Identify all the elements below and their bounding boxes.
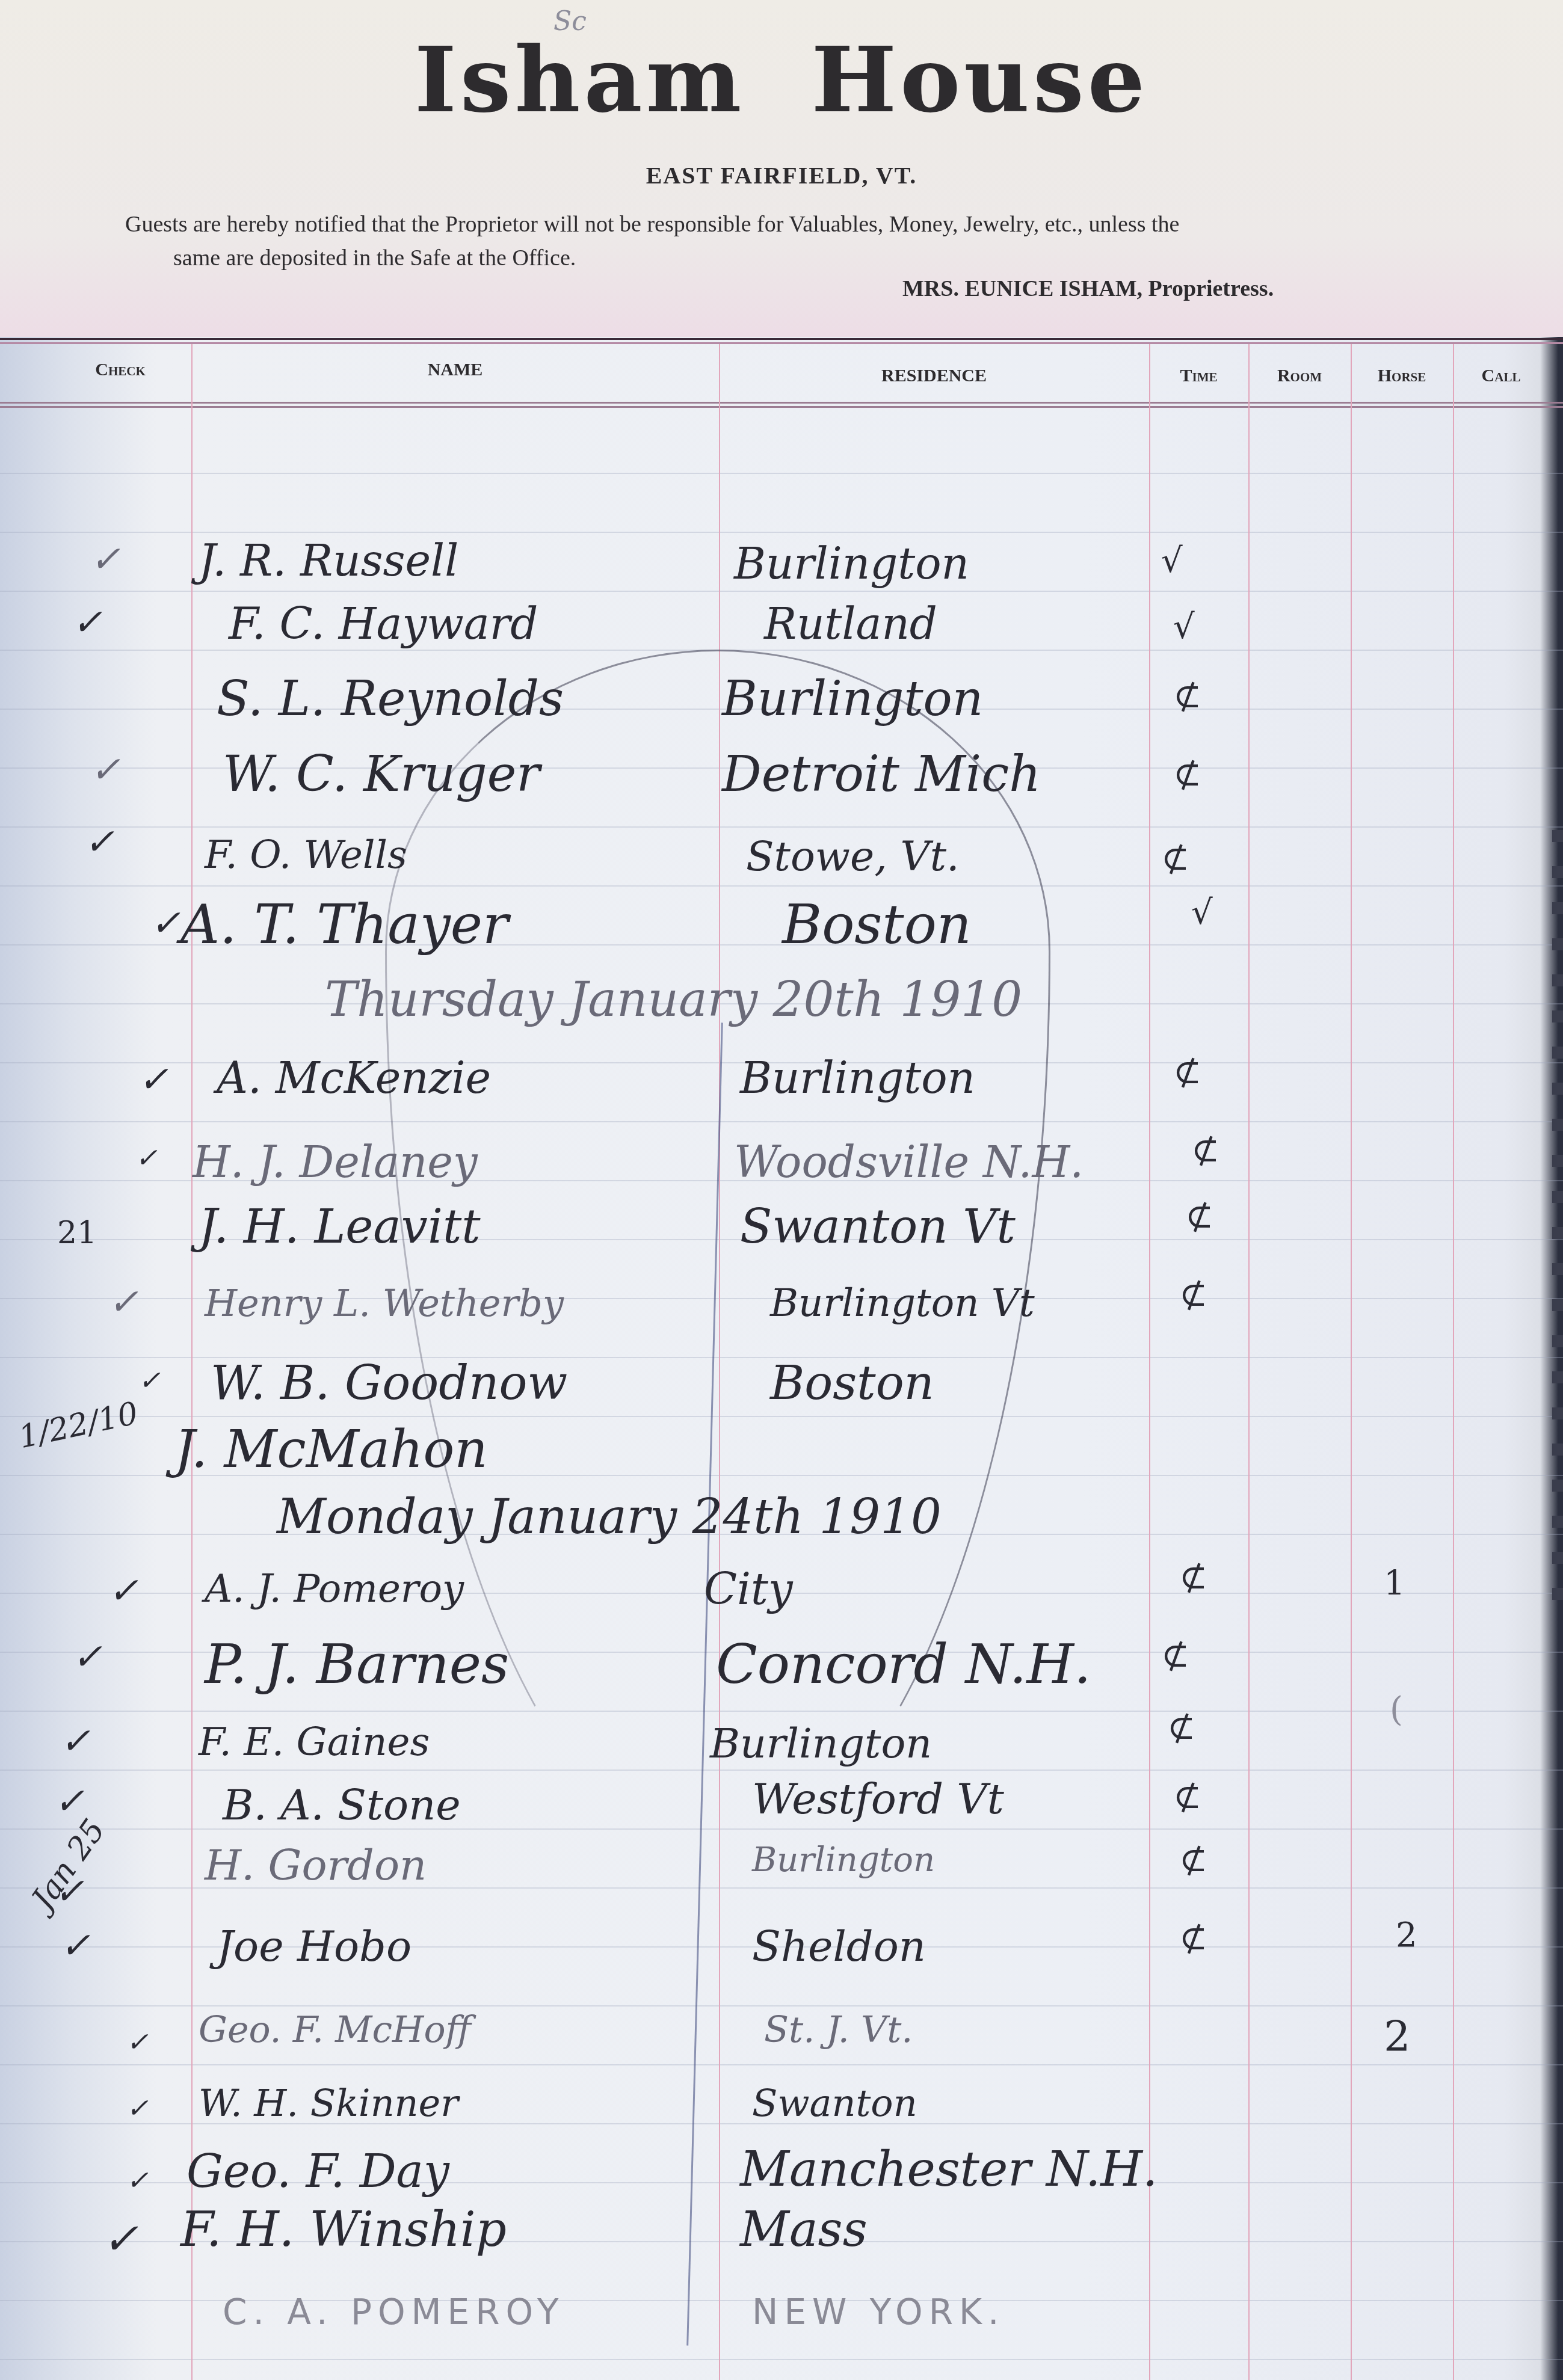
check-mark: ✓ [84,821,114,863]
guest-name: F. C. Hayward [229,598,538,649]
register-page: Sc IshamHouse EAST FAIRFIELD, VT. Guests… [0,0,1563,2380]
hotel-location: EAST FAIRFIELD, VT. [0,161,1563,189]
horse-number: 2 [1396,1916,1417,1955]
guest-residence: Manchester N.H. [740,2141,1158,2197]
check-mark: ✓ [138,1365,161,1396]
guest-name: W. H. Skinner [199,2081,458,2125]
check-mark: ✓ [90,749,120,791]
arrival-time: ⊄ [1161,839,1189,878]
check-mark: ✓ [90,538,120,580]
guest-name: A. McKenzie [217,1053,491,1103]
column-divider [1453,344,1454,2380]
guest-name: S. L. Reynolds [217,671,564,727]
guest-name: F. E. Gaines [199,1720,430,1765]
column-header-call: Call [1453,366,1549,386]
notice-line-1: Guests are hereby notified that the Prop… [125,212,1179,237]
guest-name: C. A. POMEROY [223,2292,564,2332]
check-mark: ✓ [126,2165,149,2196]
column-divider [1248,344,1250,2380]
guest-residence: Swanton [752,2081,917,2125]
guest-name: Geo. F. Day [187,2144,449,2198]
arrival-time: ⊄ [1167,1708,1195,1747]
date-divider: Monday January 24th 1910 [277,1489,942,1545]
room-number: 1 [1384,1564,1405,1603]
guest-name: J. R. Russell [199,535,458,586]
guest-residence: Westford Vt [752,1774,1004,1824]
guest-name: A. J. Pomeroy [205,1567,464,1611]
check-mark: ✓ [72,601,102,644]
arrival-time: ⊄ [1179,1558,1207,1597]
guest-residence: St. J. Vt. [764,2009,913,2051]
arrival-time: ⊄ [1161,1636,1189,1675]
check-mark: ✓ [60,1720,90,1762]
guest-residence: Burlington [734,538,969,589]
guest-residence: Boston [770,1356,934,1410]
check-mark: ✓ [138,1059,168,1101]
column-header-horse: Horse [1351,366,1453,386]
arrival-time: ⊄ [1179,1919,1207,1958]
guest-residence: Stowe, Vt. [746,833,960,881]
check-mark: ✓ [150,902,180,944]
guest-residence: Burlington [752,1840,935,1880]
arrival-time: ⊄ [1173,1053,1201,1092]
book-spine-edge [1552,830,1563,1612]
guest-name: W. C. Kruger [223,746,540,803]
header-rule-bottom [0,402,1563,408]
proprietress: MRS. EUNICE ISHAM, Proprietress. [902,275,1274,302]
guest-residence: Woodsville N.H. [734,1137,1084,1187]
check-mark: ✓ [60,1925,90,1967]
arrival-time: √ [1161,541,1183,580]
guest-residence: Sheldon [752,1922,926,1971]
guest-residence: Swanton Vt [740,1200,1016,1254]
guest-residence: NEW YORK. [752,2292,1005,2332]
notice-line-2: same are deposited in the Safe at the Of… [125,241,1449,275]
check-mark: ✓ [126,2027,149,2058]
date-divider: Thursday January 20th 1910 [325,971,1022,1027]
guest-name: F. O. Wells [205,833,407,878]
check-mark: ✓ [108,1281,138,1323]
guest-name: Geo. F. McHoff [199,2009,471,2051]
check-mark: ✓ [126,2093,149,2124]
guest-residence: Boston [782,893,972,956]
check-mark: ✓ [72,1636,102,1678]
arrival-time: ⊄ [1173,755,1201,794]
guest-residence: Detroit Mich [722,746,1041,803]
guest-name: Joe Hobo [217,1922,412,1971]
guest-name: Henry L. Wetherby [205,1281,564,1325]
arrival-time: ⊄ [1179,1840,1207,1880]
guest-name: B. A. Stone [223,1780,461,1830]
arrival-time: ⊄ [1173,1777,1201,1816]
guest-name: F. H. Winship [180,2201,507,2257]
column-divider [1149,344,1150,2380]
column-header-residence: RESIDENCE [719,366,1149,386]
arrival-time: √ [1173,607,1195,647]
guest-name: J. H. Leavitt [199,1200,481,1254]
guest-residence: City [704,1564,793,1614]
guest-name: P. J. Barnes [205,1633,509,1696]
margin-note: 21 [57,1215,97,1251]
column-header-check: Check [60,360,180,380]
column-divider [1351,344,1352,2380]
arrival-time: ⊄ [1173,677,1201,716]
hotel-name: IshamHouse [0,27,1563,133]
column-divider [191,344,193,2380]
guest-name: A. T. Thayer [180,893,508,956]
guest-name: J. McMahon [174,1419,488,1480]
header-rule-top [0,338,1563,344]
arrival-time: ⊄ [1179,1275,1207,1314]
arrival-time: ⊄ [1191,1131,1219,1170]
room-number: ( [1390,1690,1403,1729]
liability-notice: Guests are hereby notified that the Prop… [125,208,1449,275]
column-header-time: Time [1149,366,1248,386]
guest-residence: Burlington [722,671,983,727]
arrival-time: √ [1191,893,1213,932]
guest-name: H. J. Delaney [193,1137,478,1187]
column-header-room: Room [1248,366,1351,386]
column-header-name: NAME [191,360,719,380]
check-mark: ✓ [108,1570,138,1612]
horse-number: 2 [1384,2012,1411,2061]
guest-name: W. B. Goodnow [211,1356,567,1410]
guest-residence: Concord N.H. [716,1633,1091,1696]
check-mark: ✓ [102,2213,138,2264]
hotel-name-part1: Isham [415,27,745,133]
check-mark: ✓ [135,1143,158,1173]
guest-residence: Rutland [764,598,937,649]
letterhead: Sc IshamHouse EAST FAIRFIELD, VT. Guests… [0,0,1563,337]
guest-name: H. Gordon [205,1840,427,1890]
arrival-time: ⊄ [1185,1197,1213,1236]
guest-residence: Burlington [710,1720,932,1768]
guest-residence: Burlington [740,1053,975,1103]
guest-residence: Mass [740,2201,868,2257]
guest-residence: Burlington Vt [770,1281,1035,1326]
hotel-name-part2: House [811,27,1148,133]
